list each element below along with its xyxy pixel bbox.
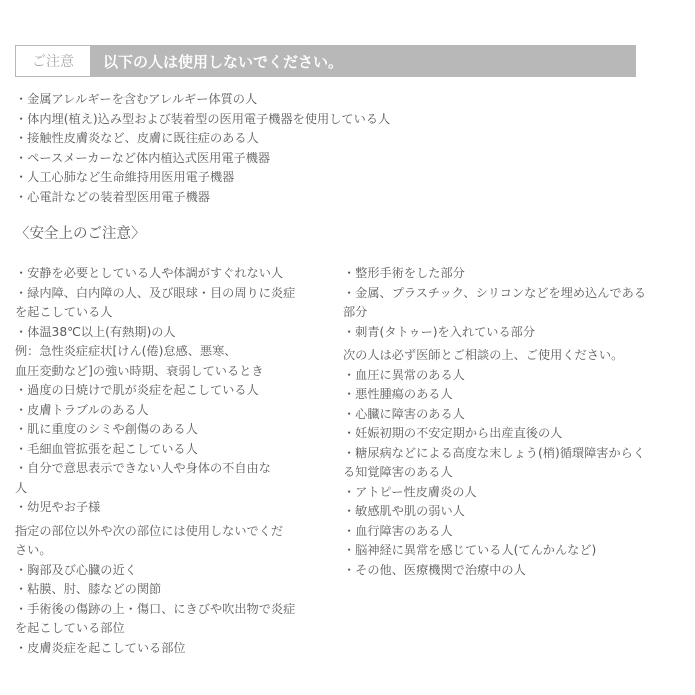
list-item: ・脳神経に異常を感じている人(てんかんなど) [343, 541, 678, 561]
list-item-example: 例：急性炎症症状[けん(倦)怠感、悪寒、 [15, 342, 315, 362]
list-item: ・手術後の傷跡の上・傷口、にきびや吹出物で炎症 [15, 600, 315, 620]
consult-intro: 次の人は必ず医師とご相談の上、ご使用ください。 [343, 346, 678, 366]
safety-left-column: ・安静を必要としている人や体調がすぐれない人 ・緑内障、白内障の人、及び眼球・目… [15, 264, 315, 658]
list-item: ・金属、プラスチック、シリコンなどを埋め込んである [343, 284, 678, 304]
list-item: ・糖尿病などによる高度な末しょう(梢)循環障害からく [343, 444, 678, 464]
prohibited-users-list: ・金属アレルギーを含むアレルギー体質の人 ・体内埋(植え)込み型および装着型の医… [15, 90, 390, 207]
list-item: ・緑内障、白内障の人、及び眼球・目の周りに炎症 [15, 284, 315, 304]
list-item: ・幼児やお子様 [15, 498, 315, 518]
list-item: る知覚障害のある人 [343, 463, 678, 483]
list-item: ・体内埋(植え)込み型および装着型の医用電子機器を使用している人 [15, 110, 390, 130]
list-item: 人 [15, 479, 315, 499]
list-item: ・人工心肺など生命維持用医用電子機器 [15, 168, 390, 188]
list-item: ・敏感肌や肌の弱い人 [343, 502, 678, 522]
caution-header: ご注意 以下の人は使用しないでください。 [15, 45, 636, 77]
list-item: ・妊娠初期の不安定期から出産直後の人 [343, 424, 678, 444]
list-item: ・心臓に障害のある人 [343, 405, 678, 425]
list-item: ・自分で意思表示できない人や身体の不自由な [15, 459, 315, 479]
list-item: ・金属アレルギーを含むアレルギー体質の人 [15, 90, 390, 110]
list-item: ・ペースメーカーなど体内植込式医用電子機器 [15, 149, 390, 169]
caution-title: 以下の人は使用しないでください。 [91, 45, 636, 77]
list-item: ・刺青(タトゥー)を入れている部分 [343, 323, 678, 343]
safety-section-title: 〈安全上のご注意〉 [15, 222, 146, 243]
list-item: ・心電計などの装着型医用電子機器 [15, 188, 390, 208]
list-item: ・肌に重度のシミや創傷のある人 [15, 420, 315, 440]
site-intro: 指定の部位以外や次の部位には使用しないでくだ [15, 522, 315, 542]
list-item: を起こしている部位 [15, 619, 315, 639]
list-item: ・毛細血管拡張を起こしている人 [15, 440, 315, 460]
list-item: ・体温38℃以上(有熱期)の人 [15, 323, 315, 343]
list-item: ・皮膚トラブルのある人 [15, 401, 315, 421]
list-item: 部分 [343, 303, 678, 323]
caution-label: ご注意 [15, 45, 91, 77]
list-item: ・過度の日焼けで肌が炎症を起こしている人 [15, 381, 315, 401]
site-intro: さい。 [15, 541, 315, 561]
list-item: ・粘膜、肘、膝などの関節 [15, 580, 315, 600]
list-item: ・その他、医療機関で治療中の人 [343, 561, 678, 581]
list-item: ・皮膚炎症を起こしている部位 [15, 639, 315, 659]
list-item-example: 血圧変動など]の強い時期、衰弱しているとき [15, 362, 315, 382]
list-item: ・アトピー性皮膚炎の人 [343, 483, 678, 503]
list-item: ・整形手術をした部分 [343, 264, 678, 284]
list-item: ・胸部及び心臓の近く [15, 561, 315, 581]
list-item: ・安静を必要としている人や体調がすぐれない人 [15, 264, 315, 284]
list-item: を起こしている人 [15, 303, 315, 323]
list-item: ・血行障害のある人 [343, 522, 678, 542]
safety-right-column: ・整形手術をした部分 ・金属、プラスチック、シリコンなどを埋め込んである 部分 … [343, 264, 678, 580]
list-item: ・悪性腫瘍のある人 [343, 385, 678, 405]
list-item: ・血圧に異常のある人 [343, 366, 678, 386]
list-item: ・接触性皮膚炎など、皮膚に既往症のある人 [15, 129, 390, 149]
